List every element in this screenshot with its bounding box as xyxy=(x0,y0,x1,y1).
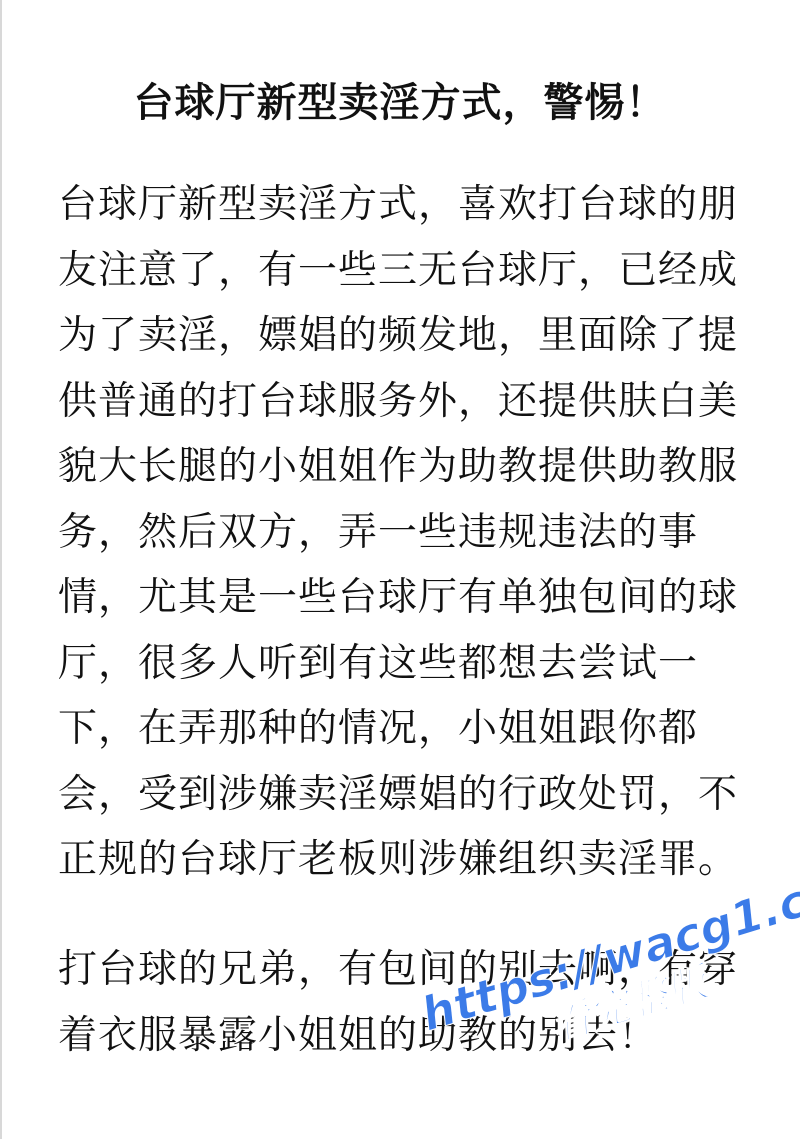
page-title: 台球厅新型卖淫方式，警惕！ xyxy=(0,75,800,131)
body-paragraph-1: 台球厅新型卖淫方式，喜欢打台球的朋友注意了，有一些三无台球厅，已经成为了卖淫，嫖… xyxy=(58,172,758,893)
page-left-border xyxy=(0,0,2,1139)
